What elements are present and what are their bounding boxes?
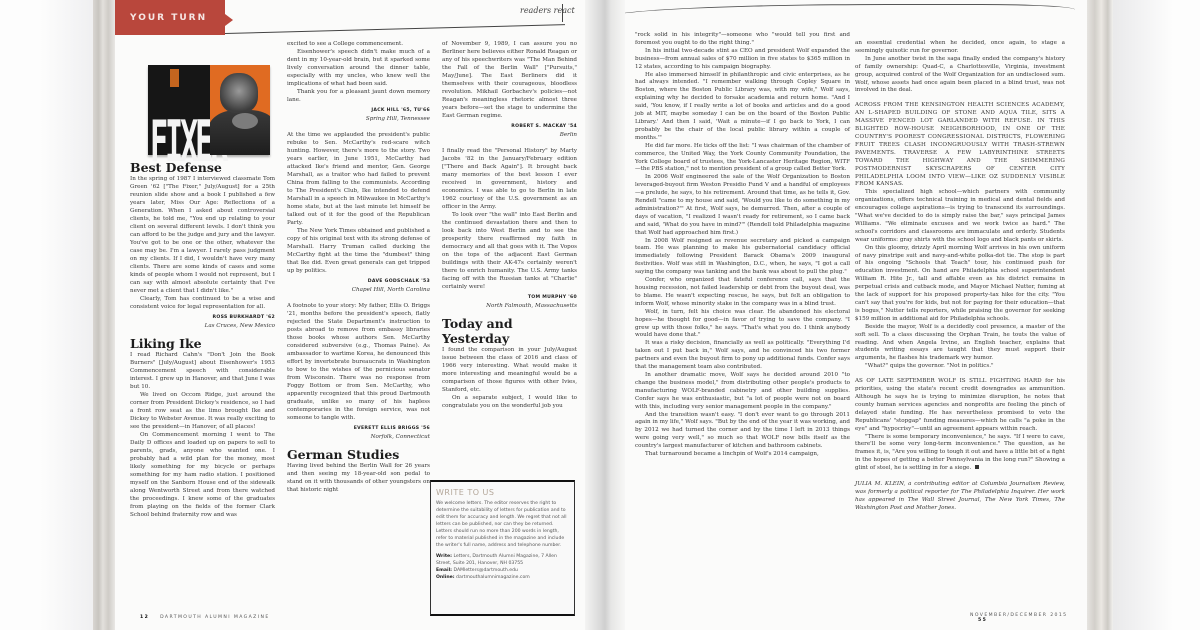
book-edge-left — [93, 0, 115, 630]
letter-place: Spring Hill, Tennessee — [287, 115, 430, 123]
letter-byline: EVERETT ELLIS BRIGGS '56 — [287, 425, 430, 433]
fixer-book-cover-image: FIXER — [148, 65, 270, 155]
section-tab: YOUR TURN — [115, 0, 225, 35]
header-rule — [605, 4, 1075, 18]
letter-byline: TOM MURPHY '60 — [442, 294, 577, 302]
left-page-footer: 12 DARTMOUTH ALUMNI MAGAZINE — [140, 615, 270, 620]
email-link[interactable]: DAMletters@dartmouth.edu — [453, 568, 517, 573]
website-link[interactable]: dartmouthalumnimagazine.com — [456, 575, 530, 580]
letter-place: Berlin — [442, 131, 577, 139]
section-tab-label: YOUR TURN — [130, 13, 207, 23]
cover-portrait-panel — [210, 65, 270, 155]
right-page: "rock solid in his integrity"—someone wh… — [605, 0, 1087, 630]
magazine-spread-scene: YOUR TURN readers react FIXER Best Defen… — [0, 0, 1200, 630]
portrait-face — [220, 73, 258, 113]
book-shadow-right — [1113, 0, 1173, 630]
letter-place: North Falmouth, Massachusetts — [442, 302, 577, 310]
left-column-1: Best Defense In the spring of 1987 I int… — [130, 160, 275, 519]
letter-heading: German Studies — [287, 447, 430, 462]
letter-place: Las Cruces, New Mexico — [130, 322, 275, 330]
left-page: YOUR TURN readers react FIXER Best Defen… — [115, 0, 595, 630]
letter-byline: JACK HILL '65, TU'66 — [287, 107, 430, 115]
left-column-2: excited to see a College commencement. E… — [287, 40, 430, 494]
right-page-footer: NOVEMBER/DECEMBER 2015 55 — [970, 613, 1087, 623]
letter-heading: Today and Yesterday — [442, 316, 577, 346]
article-closing-paragraph: "There is some temporary inconvenience,"… — [855, 434, 1065, 474]
write-to-us-box: WRITE TO US We welcome letters. The edit… — [430, 480, 575, 616]
book-edge-right — [1087, 0, 1113, 630]
letter-place: Chapel Hill, North Carolina — [287, 286, 430, 294]
book-gutter — [585, 0, 625, 630]
cover-title-panel: FIXER — [148, 65, 210, 155]
write-to-us-body: We welcome letters. The editor reserves … — [436, 500, 569, 549]
publication-name: DARTMOUTH ALUMNI MAGAZINE — [160, 615, 270, 620]
author-bio: JULIA M. KLEIN, a contributing editor at… — [855, 481, 1065, 513]
write-to-us-title: WRITE TO US — [436, 488, 569, 498]
article-column-1: "rock solid in his integrity"—someone wh… — [635, 32, 850, 459]
letter-byline: ROSS BURKHARDT '62 — [130, 314, 275, 322]
letter-heading: Best Defense — [130, 160, 275, 175]
book-shadow-left — [40, 0, 95, 630]
header-rule — [225, 13, 565, 34]
letter-heading: Liking Ike — [130, 336, 275, 351]
page-number: 12 — [140, 615, 149, 620]
letter-place: Norfolk, Connecticut — [287, 433, 430, 441]
page-number: 55 — [978, 618, 987, 623]
left-column-3: of November 9, 1989, I can assure you no… — [442, 40, 577, 410]
letter-byline: ROBERT S. MACKAY '54 — [442, 123, 577, 131]
mailing-address: Letters, Dartmouth Alumni Magazine, 7 Al… — [436, 554, 557, 566]
end-mark-icon — [975, 465, 979, 469]
letter-byline: DAVE GODSCHALK '53 — [287, 278, 430, 286]
article-column-2: an essential credential when he decided,… — [855, 40, 1065, 513]
section-header: readers react — [520, 6, 575, 15]
